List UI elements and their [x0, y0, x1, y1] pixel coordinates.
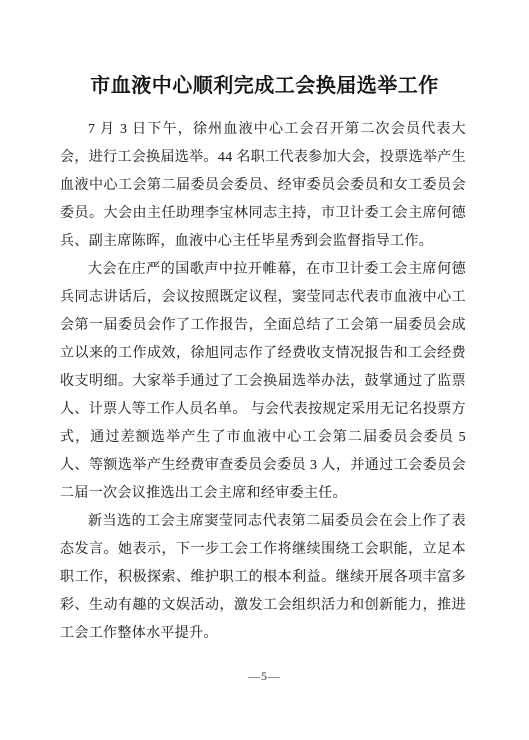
document-page: 市血液中心顺利完成工会换届选举工作 7 月 3 日下午，徐州血液中心工会召开第二…: [0, 0, 529, 740]
body-paragraph-2: 大会在庄严的国歌声中拉开帷幕，在市卫计委工会主席何德兵同志讲话后，会议按照既定议…: [60, 256, 466, 508]
page-number: —5—: [0, 668, 529, 684]
document-body: 7 月 3 日下午，徐州血液中心工会召开第二次会员代表大会，进行工会换届选举。4…: [60, 116, 466, 648]
body-paragraph-1: 7 月 3 日下午，徐州血液中心工会召开第二次会员代表大会，进行工会换届选举。4…: [60, 116, 466, 256]
body-paragraph-3: 新当选的工会主席窦莹同志代表第二届委员会在会上作了表态发言。她表示，下一步工会工…: [60, 508, 466, 648]
document-title: 市血液中心顺利完成工会换届选举工作: [0, 71, 529, 101]
